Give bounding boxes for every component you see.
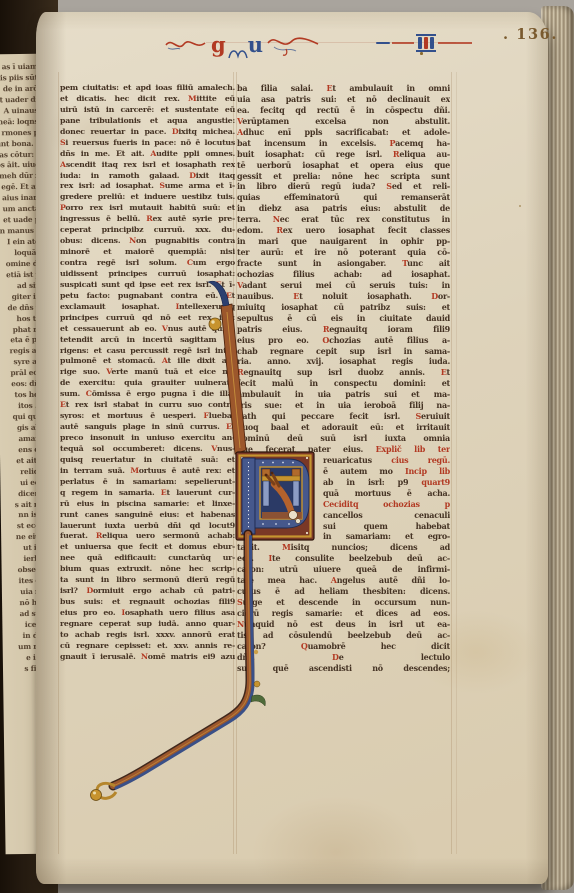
manuscript-page: g u . 136. pem ciuitatis: et apd ioas fi… [36, 12, 548, 884]
gutter-text-fragment: omine dī [0, 259, 40, 271]
text-line: ta sunt in libro sermonū dierū regū [60, 575, 235, 586]
text-line: et dicatis. hec dicit rex. Mittite eū [60, 94, 235, 105]
text-line: gnauit ī ierusalē. Nomē matris ei9 azu [60, 652, 235, 663]
text-line: bium quas extruxit. nōne hec scrip- [60, 564, 235, 575]
text-line: eius pro eo. Iosaphath uero filius asa [60, 608, 235, 619]
text-line: patris eius. Regnauitq ioram fili9 [237, 324, 450, 335]
text-line: tequā sol occumberet: dicens. Vnus- [60, 444, 235, 455]
gutter-text-fragment: de dñs u [0, 302, 41, 314]
text-line: in libro dierū regū iuda? Sed et reli- [237, 181, 450, 192]
text-line: terra. Nec erat tūc rex constitutus in [237, 214, 450, 225]
text-line: Nunquid nō est deus in isrl ut ea- [237, 619, 450, 630]
text-line: uirū istū in carcerē: et sustentate eū [60, 105, 235, 116]
text-line: donec reuertar in pace. Dixitq michea. [60, 127, 235, 138]
text-line: fecit malū in conspectu domini: et [237, 378, 450, 389]
text-line: ab in isrl: p9 quart9 [323, 477, 450, 488]
penwork-crown-icon [227, 47, 249, 59]
text-line: rige suo. Verte manū tuā et eice me [60, 367, 235, 378]
text-line: ter aurū: et ire nō poterant quia cō- [237, 247, 450, 258]
gutter-text-fragment: et uade p [0, 215, 40, 227]
text-line: fuerat. Reliqua uero sermonū achab: [60, 531, 235, 542]
gutter-text-fragment: meh dūr z [0, 171, 39, 183]
text-line: runt canes sanguinē eius: et habenas [60, 510, 235, 521]
text-line: eos. Ite consulite beelzebub deū ac- [237, 553, 450, 564]
text-line: in terram suā. Mortuus ē autē rex: et [60, 466, 235, 477]
text-line: quā mortuus ē acha. [323, 488, 450, 499]
text-line: preco insonuit in uniuso exercitu an- [60, 433, 235, 444]
text-line: tauit. Misitq nuncios; dicens ad [237, 542, 450, 553]
ruling-line [58, 72, 59, 854]
numeral-bar-blue [418, 37, 422, 49]
gutter-text-fragment: os āit. uiue [0, 160, 39, 172]
running-title-letter-g: g [211, 25, 226, 65]
gutter-text-fragment: et uader dñs [0, 95, 38, 107]
manuscript-photo: { "palette": { "ink": "#453324", "rubric… [0, 0, 574, 893]
text-line: sui quem habebat [323, 521, 450, 532]
text-line: to achab regis isrl. xxxv. annorū erat [60, 630, 235, 641]
text-line: gessit et prelia: nōne hec scripta sunt [237, 171, 450, 182]
text-line: in samariam: et egro- [323, 531, 450, 542]
gutter-text-fragment: hos tu [0, 313, 41, 325]
text-line: dominū deū suū isrl iuxta omnia [237, 433, 450, 444]
text-line: bat incensum in excelsis. Pacemq ha- [237, 138, 450, 149]
text-line: miuitq iosaphat cū patribz suis: et [237, 302, 450, 313]
gutter-text-fragment: as cōtur: l [0, 149, 39, 161]
text-line: bath qui peccare fecit isrl. Seruiuit [237, 411, 450, 422]
text-line: Adhuc enī ppls sacrificabat: et adole- [237, 127, 450, 138]
red-flourish-line [438, 42, 472, 43]
text-line: contra regē isrl solum. Cum ergo [60, 258, 235, 269]
book-numeral-ornament [376, 34, 472, 52]
text-line: iuda: in ramoth galaad. Dixit itaq [60, 171, 235, 182]
gutter-text-fragment: egē. Et ar [0, 182, 39, 194]
text-line: cancellos cenaculi [323, 510, 450, 521]
gutter-text-fragment: loquās [0, 248, 40, 260]
penwork-flourish-left-icon [164, 35, 208, 55]
text-line: Vadant serui mei cū seruis tuis: in [237, 280, 450, 291]
text-line: petu facto: pugnabant contra eū. Et [60, 291, 235, 302]
gutter-text-fragment: aius inarī [0, 193, 40, 205]
text-line: cū regnare cepisset: et. xxv. annis re- [60, 641, 235, 652]
gutter-text-fragment: rmones p [0, 127, 39, 139]
gutter-text-fragment: is piis sūt [0, 73, 38, 85]
text-line: de exercitu: quia grauiter uulnerat9 [60, 378, 235, 389]
text-line: principes curruū qd nō eet rex isrl: [60, 313, 235, 324]
text-line: edom. Rex uero iosaphat fecit classes [237, 225, 450, 236]
text-line: Verūptamen excelsa non abstulit. [237, 116, 450, 127]
text-line: exclamauit iosaphat. Intellexeruntq [60, 302, 235, 313]
text-line: chab regnare cepit sup isrl in sama- [237, 346, 450, 357]
text-line: gredere preliū: et induere uestibz tuis. [60, 192, 235, 203]
penwork-flourish-right-icon [266, 33, 322, 57]
text-line: reuaricatus cius regū. [323, 455, 450, 466]
text-line: tetendit arcū in incertū sagittam di- [60, 335, 235, 346]
gutter-text-fragment: A uinaus [0, 106, 38, 118]
red-flourish-line [392, 42, 414, 43]
text-line: Surge et descende in occursum nun- [237, 597, 450, 608]
text-column-right: ba filia salai. Et ambulauit in omniuia … [237, 83, 450, 674]
text-line: sum. Cōmissa ē ergo pugna ī die illa. [60, 389, 235, 400]
text-line: cutus ē ad heliam thesbiten: dicens. [237, 586, 450, 597]
text-line: Et rex isrl stabat in curru suo contra [60, 400, 235, 411]
text-line: pulmonē et stomacū. At ille dixit au- [60, 356, 235, 367]
text-line: in diebz asa patris eius: abstulit de [237, 203, 450, 214]
gutter-text-fragment: as ī uiam [0, 62, 38, 74]
gutter-text-fragment: heā: loqns [0, 116, 38, 128]
ruling-line [451, 72, 452, 854]
text-line: ba filia salai. Et ambulauit in omni [237, 83, 450, 94]
text-line: lauerunt iuxta uerbū dñi qd locut9 [60, 521, 235, 532]
gutter-text-fragment: unt bona. S [0, 138, 39, 150]
text-line: tis ad cōsulendū beelzebub deū ac- [237, 630, 450, 641]
text-line: regnare ceperat sup iudā. anno quar- [60, 619, 235, 630]
text-line: et cessauerunt ab eo. Vnus autē quidā [60, 324, 235, 335]
text-line: que fecerat pater eius. Explič lib ter [237, 444, 450, 455]
text-line: bus suis: et regnauit ochozias fili9 [60, 597, 235, 608]
text-line: dñs. De lectulo [237, 652, 450, 663]
text-line: ingressus ē bellū. Rex autē syrie pre- [60, 214, 235, 225]
blue-dash [376, 42, 390, 44]
numeral-bars [416, 34, 436, 52]
text-line: dñs in me. Et ait. Audite ppli omnes. [60, 149, 235, 160]
text-line: tris sue: et in uia ieroboā filij na- [237, 400, 450, 411]
gutter-text-fragment: de in arō [0, 84, 38, 96]
text-line: eius pro eo. Ochozias autē filius a- [237, 335, 450, 346]
text-line: quisq reuertatur in ciuitatē suā: et [60, 455, 235, 466]
ruling-line [456, 72, 457, 854]
ink-speck [519, 205, 521, 207]
text-line: ambulauit in uia patris sui et ma- [237, 389, 450, 400]
text-line: Regnauitq sup isrl duobz annis. Et [237, 367, 450, 378]
text-line: perlatus ē in samariam: sepelierunt- [60, 477, 235, 488]
text-line: isrl? Dormiuit ergo achab cū patri- [60, 586, 235, 597]
text-line: quoq baal et adorauit eū: et irritauit [237, 422, 450, 433]
gutter-text-fragment: um ancta [0, 204, 40, 216]
gutter-text-fragment: I ein atq [0, 237, 40, 249]
text-line: Si reuersus fueris in pace: nō ē locutus [60, 138, 235, 149]
gutter-text-fragment: n manus r [0, 226, 40, 238]
text-line: ea. fecitq qd rectū ē in cōspectu dñi. [237, 105, 450, 116]
text-line: obus: dicens. Non pugnabitis contra [60, 236, 235, 247]
text-line: q regem in samaria. Et lauerunt cur- [60, 488, 235, 499]
text-column-left: pem ciuitatis: et apd ioas filiū amalech… [60, 83, 235, 663]
text-line: pem ciuitatis: et apd ioas filiū amalech… [60, 83, 235, 94]
running-title-letter-u: u [248, 25, 263, 65]
text-line: in mari que nauigarent in ophir pp- [237, 236, 450, 247]
running-title: g u [164, 24, 322, 66]
text-line: caron: utrū uiuere queā de infirmi- [237, 564, 450, 575]
gutter-text-fragment: etiā ist p [0, 270, 41, 282]
text-line: ochozias filius achab: ad iosaphat. [237, 269, 450, 280]
ink-speck [420, 52, 423, 55]
text-line: ē autem mo Incip lib [323, 466, 450, 477]
text-line: tate mea hac. Angelus autē dñi lo- [237, 575, 450, 586]
folio-number: . 136. [488, 26, 558, 43]
gutter-text-fragment: ad siū [0, 281, 41, 293]
text-line: autē sanguis plage in sinū currus. Et [60, 422, 235, 433]
text-line: caron? Quamobrē hec dicit [237, 641, 450, 652]
text-line: fracte sunt in asiongaber. Tunc ait [237, 258, 450, 269]
text-line: sepultus ē cū eis in ciuitate dauid [237, 313, 450, 324]
text-line: tē uerborū iosaphat et opera eius que [237, 160, 450, 171]
text-line: ria. anno. xvij. iosaphat regis iuda. [237, 356, 450, 367]
text-line: quias effeminatorū qui remanserāt [237, 192, 450, 203]
text-line: nee quā edificauit: cunctarūq ur- [60, 553, 235, 564]
text-line: suspicati sunt qd ipse eet rex isrl. Et … [60, 280, 235, 291]
numeral-bar-blue [430, 37, 434, 49]
text-line: uidissent principes curruū iosaphat: [60, 269, 235, 280]
text-line: Ceciditq ochozias p [323, 499, 450, 510]
text-line: Ascendit itaq rex isrl et iosaphath rex [60, 160, 235, 171]
text-line: ceperat principibz curruū. xxx. du- [60, 225, 235, 236]
gutter-text-fragment: giter in [0, 291, 41, 303]
text-line: et uniuersa que fecit et domus ebur- [60, 542, 235, 553]
text-line: minorē et maiorē quempiā: nisi [60, 247, 235, 258]
text-line: uia asa patris sui: et nō declinauit ex [237, 94, 450, 105]
text-line: rū eius in piscina samarie: et linxe- [60, 499, 235, 510]
text-line: ciorū regis samarie: et dices ad eos. [237, 608, 450, 619]
text-line: buit iosaphat: cū rege isrl. Reliqua au- [237, 149, 450, 160]
text-line: syros: et mortuus ē uesperi. Fluebat [60, 411, 235, 422]
text-line: rex isrl: ad iosaphat. Sume arma et ī- [60, 181, 235, 192]
text-line: rigens: et casu percussit regē isrl inte… [60, 346, 235, 357]
numeral-bar-red [424, 37, 428, 49]
text-line: sup quē ascendisti nō descendes; [237, 663, 450, 674]
text-line: nauibus. Et noluit iosaphath. Dor- [237, 291, 450, 302]
text-line: Porro rex isrl mutauit habitū suū: et [60, 203, 235, 214]
text-line: pane tribulationis et aqua angustie: [60, 116, 235, 127]
